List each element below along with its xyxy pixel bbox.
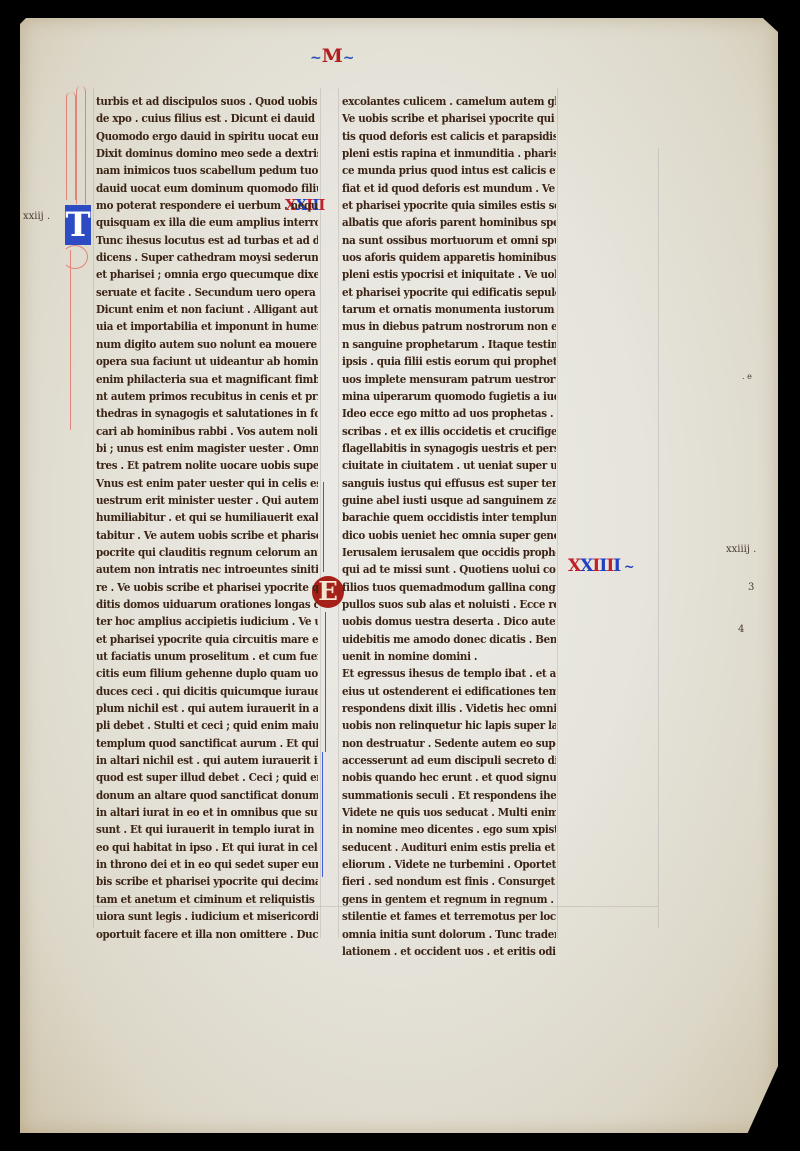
text-line: dicens . Super cathedram moysi sederunt … bbox=[96, 249, 300, 266]
text-line: thedras in synagogis et salutationes in … bbox=[96, 405, 300, 422]
text-line: et pharisei ypocrite qui edificatis sepu… bbox=[342, 284, 539, 301]
text-line: pli debet . Stulti et ceci ; quid enim m… bbox=[96, 717, 300, 734]
text-line: uiora sunt legis . iudicium et misericor… bbox=[96, 908, 300, 925]
text-line: nam inimicos tuos scabellum pedum tuorum… bbox=[96, 162, 300, 179]
text-line: Tunc ihesus locutus est ad turbas et ad … bbox=[96, 232, 300, 249]
text-line: pleni estis ypocrisi et iniquitate . Ve … bbox=[342, 266, 539, 283]
text-line: mo poterat respondere ei uerbum . neque … bbox=[96, 197, 300, 214]
text-line: citis eum filium gehenne duplo quam uos … bbox=[96, 665, 300, 682]
text-line: Ideo ecce ego mitto ad uos prophetas . e… bbox=[342, 405, 539, 422]
ruling-left-col2 bbox=[338, 88, 339, 938]
ruling-right-col2 bbox=[557, 88, 558, 938]
flourish-left: ~ bbox=[310, 50, 322, 66]
text-line: uos implete mensuram patrum uestrorum . … bbox=[342, 371, 539, 388]
text-line: tres . Et patrem nolite uocare uobis sup… bbox=[96, 457, 300, 474]
text-line: nobis quando hec erunt . et quod signum … bbox=[342, 769, 539, 786]
margin-note-right-3: 3 bbox=[748, 582, 754, 593]
text-line: eliorum . Videte ne turbemini . Oportet … bbox=[342, 856, 539, 873]
initial-letter-T: T bbox=[65, 205, 91, 245]
text-line: mus in diebus patrum nostrorum non essem… bbox=[342, 318, 539, 335]
text-line: uos aforis quidem apparetis hominibus iu… bbox=[342, 249, 539, 266]
text-line: tabitur . Ve autem uobis scribe et phari… bbox=[96, 527, 300, 544]
text-column-2: excolantes culicem . camelum autem gluti… bbox=[342, 93, 556, 960]
ruling-left-col1 bbox=[93, 88, 94, 928]
text-line: uenit in nomine domini . bbox=[342, 648, 539, 665]
text-line: in altari iurat in eo et in omnibus que … bbox=[96, 804, 300, 821]
text-line: de xpo . cuius filius est . Dicunt ei da… bbox=[96, 110, 300, 127]
text-line: Dixit dominus domino meo sede a dextris … bbox=[96, 145, 300, 162]
text-line: Ve uobis scribe et pharisei ypocrite qui… bbox=[342, 110, 539, 127]
text-line: enim philacteria sua et magnificant fimb… bbox=[96, 371, 300, 388]
text-line: ter hoc amplius accipietis iudicium . Ve… bbox=[96, 613, 300, 630]
text-line: ut faciatis unum proselitum . et cum fue… bbox=[96, 648, 300, 665]
chapter-number-margin: XXIIII ~ bbox=[568, 556, 634, 576]
text-line: nt autem primos recubitus in cenis et pr… bbox=[96, 388, 300, 405]
text-line: humiliabitur . et qui se humiliauerit ex… bbox=[96, 509, 300, 526]
text-line: barachie quem occidistis inter templum e… bbox=[342, 509, 539, 526]
text-line: Ierusalem ierusalem que occidis propheta… bbox=[342, 544, 539, 561]
text-line: re . Ve uobis scribe et pharisei ypocrit… bbox=[96, 579, 300, 596]
text-line: quod est super illud debet . Ceci ; quid… bbox=[96, 769, 300, 786]
text-line: ditis domos uiduarum orationes longas or… bbox=[96, 596, 300, 613]
margin-note-right-4: 4 bbox=[738, 624, 744, 635]
text-line: tam et anetum et ciminum et reliquistis … bbox=[96, 891, 300, 908]
ruling-right-col1 bbox=[320, 88, 321, 938]
text-line: guine abel iusti usque ad sanguinem zach… bbox=[342, 492, 539, 509]
text-line: bis scribe et pharisei ypocrite qui deci… bbox=[96, 873, 300, 890]
text-line: et pharisei ; omnia ergo quecumque dixer… bbox=[96, 266, 300, 283]
text-line: bi ; unus est enim magister uester . Omn… bbox=[96, 440, 300, 457]
text-line: uia et importabilia et imponunt in humer… bbox=[96, 318, 300, 335]
flourish-right: ~ bbox=[343, 50, 355, 66]
text-line: eius ut ostenderent ei edificationes tem… bbox=[342, 683, 539, 700]
text-line: uestrum erit minister uester . Qui autem… bbox=[96, 492, 300, 509]
text-line: turbis et ad discipulos suos . Quod uobi… bbox=[96, 93, 300, 110]
text-line: in nomine meo dicentes . ego sum xpistus… bbox=[342, 821, 539, 838]
text-line: excolantes culicem . camelum autem gluti… bbox=[342, 93, 539, 110]
text-line: plum nichil est . qui autem iurauerit in… bbox=[96, 700, 300, 717]
text-line: non destruatur . Sedente autem eo super … bbox=[342, 735, 539, 752]
text-line: pleni estis rapina et inmunditia . phari… bbox=[342, 145, 539, 162]
running-header: ~M~ bbox=[310, 45, 355, 67]
text-line: quisquam ex illa die eum amplius interro… bbox=[96, 214, 300, 231]
text-line: num digito autem suo nolunt ea mouere . … bbox=[96, 336, 300, 353]
text-line: accesserunt ad eum discipuli secreto dic… bbox=[342, 752, 539, 769]
text-line: ciuitate in ciuitatem . ut ueniat super … bbox=[342, 457, 539, 474]
text-line: tis quod deforis est calicis et parapsid… bbox=[342, 128, 539, 145]
text-line: stilentie et fames et terremotus per loc… bbox=[342, 908, 539, 925]
text-line: lationem . et occident uos . et eritis o… bbox=[342, 943, 539, 960]
text-line: donum an altare quod sanctificat donum .… bbox=[96, 787, 300, 804]
ruling-outer bbox=[658, 148, 659, 928]
text-line: tarum et ornatis monumenta iustorum et d… bbox=[342, 301, 539, 318]
text-column-1: turbis et ad discipulos suos . Quod uobi… bbox=[96, 93, 318, 943]
text-line: fieri . sed nondum est finis . Consurget… bbox=[342, 873, 539, 890]
text-line: cari ab hominibus rabbi . Vos autem noli… bbox=[96, 423, 300, 440]
text-line: omnia initia sunt dolorum . Tunc tradent… bbox=[342, 926, 539, 943]
margin-note-right-mid: . e bbox=[742, 372, 752, 381]
text-line: seducent . Audituri enim estis prelia et… bbox=[342, 839, 539, 856]
text-line: albatis que aforis parent hominibus spec… bbox=[342, 214, 539, 231]
text-line: filios tuos quemadmodum gallina congrega… bbox=[342, 579, 539, 596]
text-line: sanguis iustus qui effusus est super ter… bbox=[342, 475, 539, 492]
text-line: Quomodo ergo dauid in spiritu uocat eum … bbox=[96, 128, 300, 145]
text-line: mina uiperarum quomodo fugietis a iudici… bbox=[342, 388, 539, 405]
text-line: eo qui habitat in ipso . Et qui iurat in… bbox=[96, 839, 300, 856]
text-line: na sunt ossibus mortuorum et omni spurci… bbox=[342, 232, 539, 249]
text-line: qui ad te missi sunt . Quotiens uolui co… bbox=[342, 561, 539, 578]
text-line: templum quod sanctificat aurum . Et quic… bbox=[96, 735, 300, 752]
margin-note-left: xxiij . bbox=[23, 211, 50, 222]
text-line: ce munda prius quod intus est calicis et… bbox=[342, 162, 539, 179]
text-line: oportuit facere et illa non omittere . D… bbox=[96, 926, 300, 943]
text-line: pullos suos sub alas et noluisti . Ecce … bbox=[342, 596, 539, 613]
text-line: Et egressus ihesus de templo ibat . et a… bbox=[342, 665, 539, 682]
text-line: sunt . Et qui iurauerit in templo iurat … bbox=[96, 821, 300, 838]
text-line: dico uobis ueniet hec omnia super genera… bbox=[342, 527, 539, 544]
text-line: et pharisei ypocrite quia similes estis … bbox=[342, 197, 539, 214]
text-line: gens in gentem et regnum in regnum . et … bbox=[342, 891, 539, 908]
text-line: Videte ne quis uos seducat . Multi enim … bbox=[342, 804, 539, 821]
text-line: opera sua faciunt ut uideantur ab homini… bbox=[96, 353, 300, 370]
text-line: uobis domus uestra deserta . Dico autem … bbox=[342, 613, 539, 630]
text-line: seruate et facite . Secundum uero opera … bbox=[96, 284, 300, 301]
text-line: dauid uocat eum dominum quomodo filius e… bbox=[96, 180, 300, 197]
text-line: Dicunt enim et non faciunt . Alligant au… bbox=[96, 301, 300, 318]
text-line: respondens dixit illis . Videtis hec omn… bbox=[342, 700, 539, 717]
text-line: duces ceci . qui dicitis quicumque iurau… bbox=[96, 683, 300, 700]
text-line: flagellabitis in synagogis uestris et pe… bbox=[342, 440, 539, 457]
text-line: pocrite qui clauditis regnum celorum ant… bbox=[96, 544, 300, 561]
text-line: et pharisei ypocrite quia circuitis mare… bbox=[96, 631, 300, 648]
text-line: ipsis . quia filii estis eorum qui proph… bbox=[342, 353, 539, 370]
text-line: autem non intratis nec introeuntes sinit… bbox=[96, 561, 300, 578]
text-line: scribas . et ex illis occidetis et cruci… bbox=[342, 423, 539, 440]
text-line: fiat et id quod deforis est mundum . Ve … bbox=[342, 180, 539, 197]
text-line: summationis seculi . Et respondens ihesu… bbox=[342, 787, 539, 804]
text-line: in throno dei et in eo qui sedet super e… bbox=[96, 856, 300, 873]
text-line: n sanguine prophetarum . Itaque testimon… bbox=[342, 336, 539, 353]
text-line: uobis non relinquetur hic lapis super la… bbox=[342, 717, 539, 734]
margin-note-right-top: xxiiij . bbox=[726, 544, 756, 555]
text-line: in altari nichil est . qui autem iurauer… bbox=[96, 752, 300, 769]
text-line: uidebitis me amodo donec dicatis . Bened… bbox=[342, 631, 539, 648]
text-line: Vnus est enim pater uester qui in celis … bbox=[96, 475, 300, 492]
